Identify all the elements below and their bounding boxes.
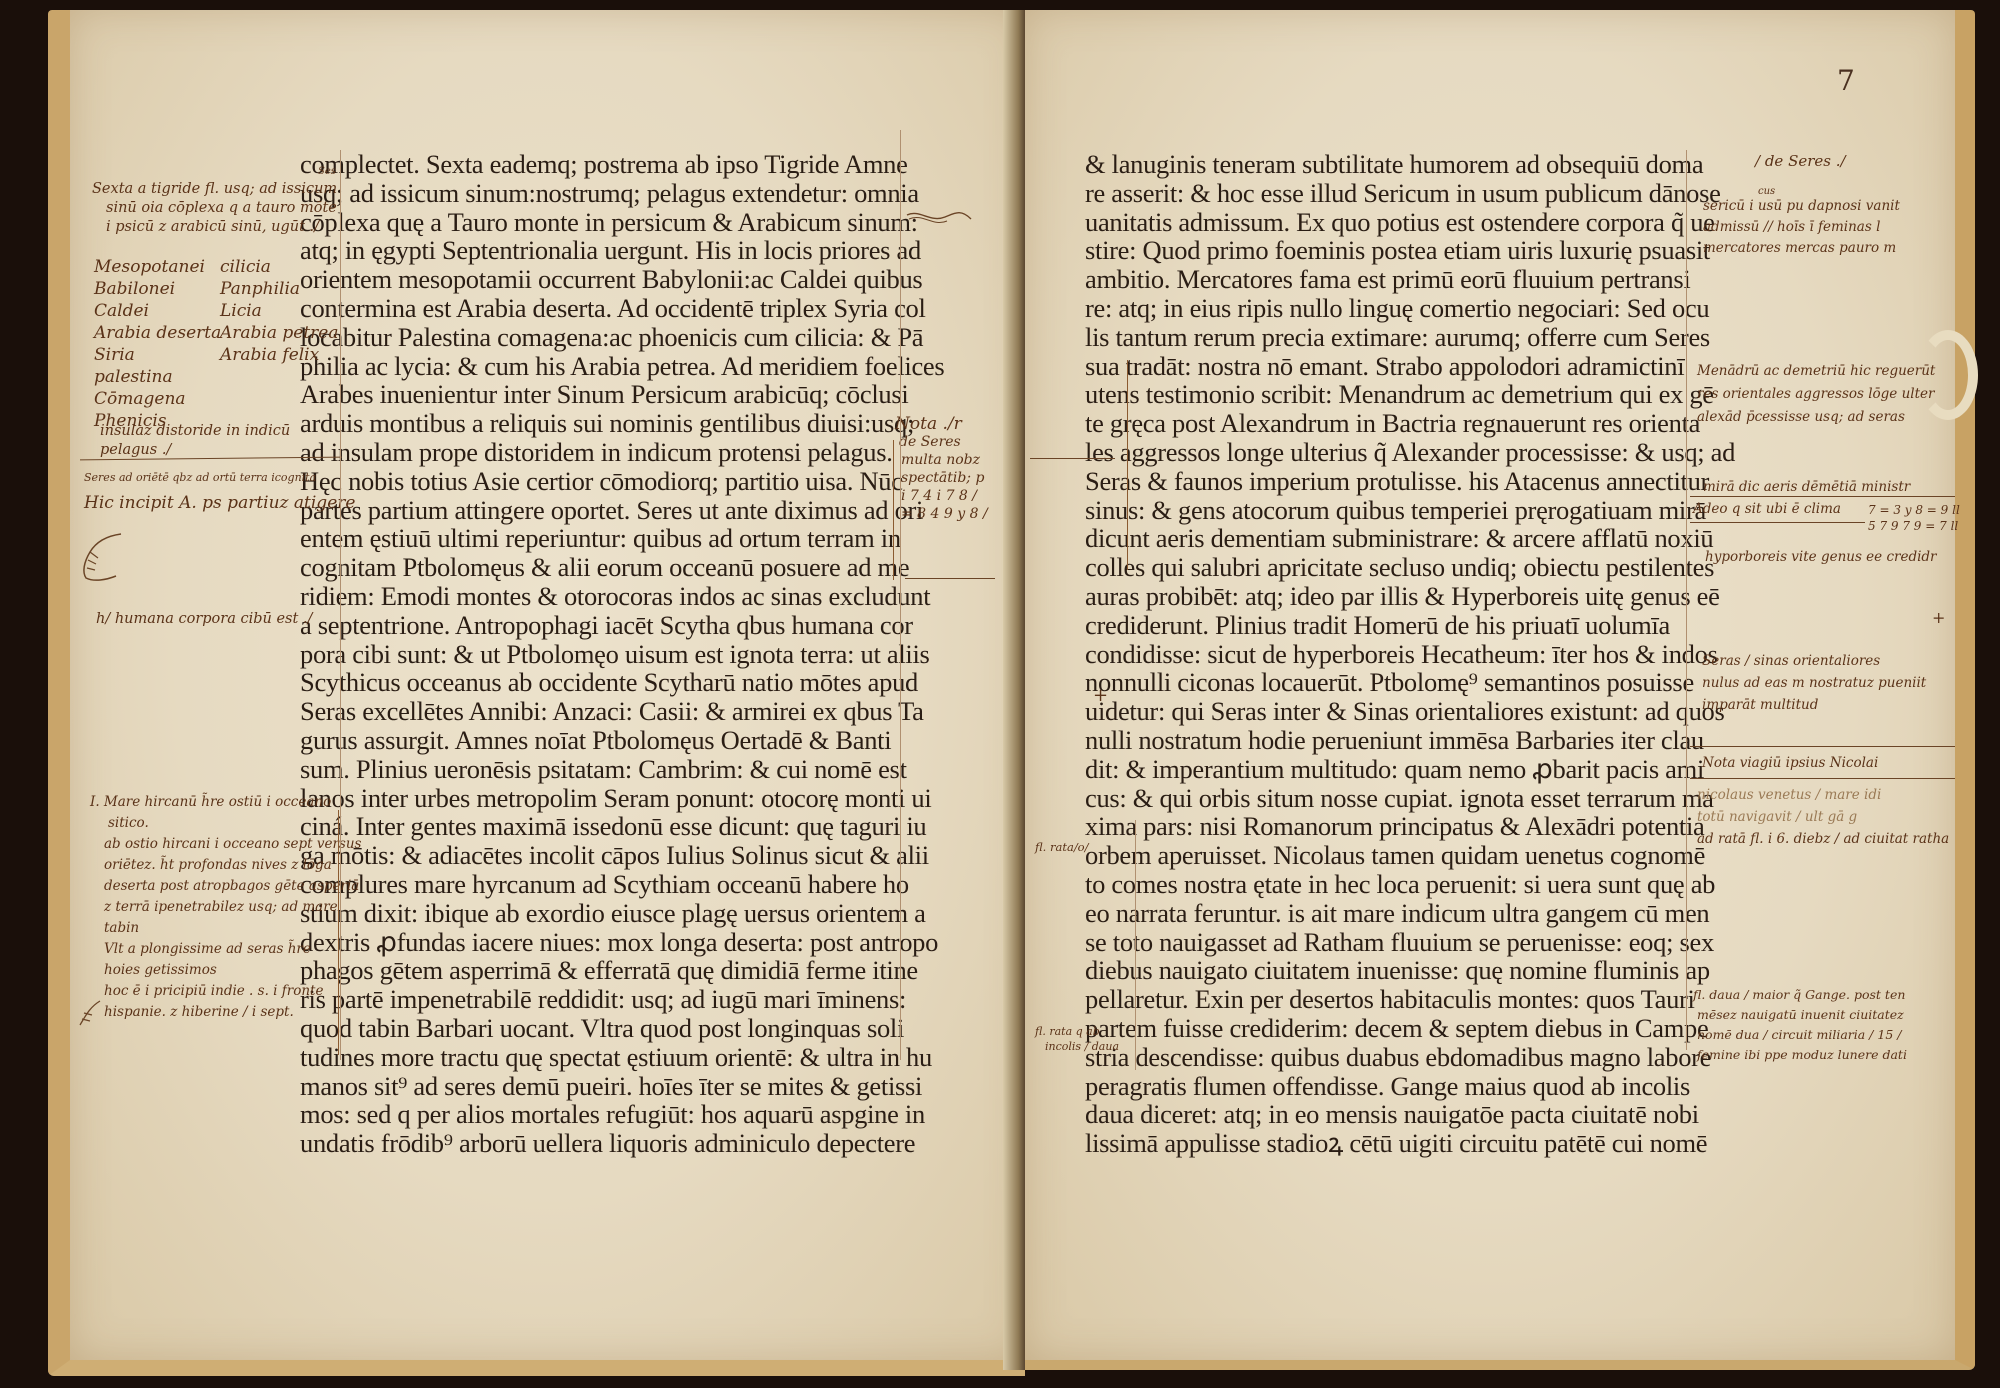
folio-number: 7 xyxy=(1837,64,1855,97)
printed-line: nulli nostratum hodie perueniunt immēsa … xyxy=(1085,726,1665,755)
printed-line: dextris ꝓfundas iacere niues: mox longa … xyxy=(300,928,900,957)
right-printed-text-block: & lanuginis teneram subtilitate humorem … xyxy=(1085,150,1665,1158)
margin-note-insula: insulaz distoride in indicū pelagus ./ xyxy=(100,422,290,460)
printed-line: cognitam Ptbolomęus & alii eorum occeanū… xyxy=(300,553,900,582)
printed-line: Seras excellētes Annibi: Anzaci: Casii: … xyxy=(300,697,900,726)
right-bracket-line xyxy=(1127,360,1128,570)
printed-line: Arabes inuenientur inter Sinum Persicum … xyxy=(300,380,900,409)
region-list-left: Mesopotanei Babilonei Caldei Arabia dese… xyxy=(94,256,221,432)
printed-line: auras probibēt: atq; ideo par illis & Hy… xyxy=(1085,582,1665,611)
printed-line: se toto nauigasset ad Ratham fluuium se … xyxy=(1085,928,1665,957)
margin-plus-mark: + xyxy=(1932,608,1945,627)
margin-note-sericum: sericū i usū pu dapnosi vanit admissū //… xyxy=(1703,196,1900,259)
printed-line: utens testimonio scribit: Menandrum ac d… xyxy=(1085,380,1665,409)
printed-line: mos: sed q per alios mortales refugiūt: … xyxy=(300,1100,900,1129)
printed-line: uanitatis admissum. Ex quo potius est os… xyxy=(1085,208,1665,237)
printed-line: partem fuisse crediderim: decem & septem… xyxy=(1085,1014,1665,1043)
printed-line: te gręca post Alexandrum in Bactria regn… xyxy=(1085,409,1665,438)
printed-line: partes partium attingere oportet. Seres … xyxy=(300,496,900,525)
printed-line: stire: Quod primo foeminis postea etiam … xyxy=(1085,236,1665,265)
printed-line: ambitio. Mercatores fama est primū eorū … xyxy=(1085,265,1665,294)
printed-line: lissimā appulisse stadioꝝ cētū uigiti ci… xyxy=(1085,1129,1665,1158)
printed-line: a septentrione. Antropophagi iacēt Scyth… xyxy=(300,611,900,640)
left-text-column-rule xyxy=(900,130,901,1060)
margin-note-incipit: Hic incipit A. ps partiuz atigere xyxy=(84,494,355,513)
left-printed-text-block: complectet. Sexta eademq; postrema ab ip… xyxy=(300,150,900,1158)
right-text-bracket xyxy=(1135,820,1136,1070)
printed-line: colles qui salubri apricitate secluso un… xyxy=(1085,553,1665,582)
gutter-note-rata: fl. rata/o/ xyxy=(1035,838,1089,857)
printed-line: pellaretur. Exin per desertos habitaculi… xyxy=(1085,985,1665,1014)
region-list-right: cilicia Panphilia Licia Arabia petrea Ar… xyxy=(220,256,339,366)
printed-line: peragratis flumen offendisse. Gange maiu… xyxy=(1085,1072,1665,1101)
printed-line: eo narrata feruntur. is ait mare indicum… xyxy=(1085,899,1665,928)
printed-line: tudines more tractu quę spectat ęstiuum … xyxy=(300,1043,900,1072)
squiggle-mark-icon xyxy=(905,205,975,231)
printed-line: ad insulam prope distoridem in indicum p… xyxy=(300,438,900,467)
printed-line: sua tradāt: nostra nō emant. Strabo appo… xyxy=(1085,352,1665,381)
printed-line: Seras & faunos imperium protulisse. his … xyxy=(1085,467,1665,496)
margin-note-nicolaus: nicolaus venetus / mare idi totū navigav… xyxy=(1697,784,1949,850)
printed-line: locabitur Palestina comagena:ac phoenici… xyxy=(300,323,900,352)
margin-note-sexta: Sexta a tigride fl. usq; ad issicum sinū… xyxy=(92,180,337,237)
printed-line: atq; in ęgypti Septentrionalia uergunt. … xyxy=(300,236,900,265)
nicolai-top-rule xyxy=(1690,746,1955,747)
left-text-inner-rule xyxy=(340,150,341,1060)
printed-line: lanos inter urbes metropolim Seram ponun… xyxy=(300,784,900,813)
gutter-rule xyxy=(1030,458,1115,459)
printed-line: orbem aperuisset. Nicolaus tamen quidam … xyxy=(1085,841,1665,870)
printed-line: stria descendisse: quibus duabus ebdomad… xyxy=(1085,1043,1665,1072)
printed-line: sum. Plinius ueronēsis psitatam: Cambrim… xyxy=(300,755,900,784)
printed-line: gurus assurgit. Amnes noīat Ptbolomęus O… xyxy=(300,726,900,755)
margin-note-humana: h/ humana corpora cibū est ./ xyxy=(96,610,312,629)
printed-line: stium dixit: ibique ab exordio eiusce pl… xyxy=(300,899,900,928)
adeo-bottom-rule xyxy=(1690,522,1865,523)
printed-line: diebus nauigato ciuitatem inuenisse: quę… xyxy=(1085,956,1665,985)
printed-line: cōplexa quę a Tauro monte in persicum & … xyxy=(300,208,900,237)
printed-line: arduis montibus a reliquis sui nominis g… xyxy=(300,409,900,438)
printed-line: cus: & qui orbis situm nosse cupiat. ign… xyxy=(1085,784,1665,813)
printed-line: Scythicus occeanus ab occidente Scytharū… xyxy=(300,668,900,697)
printed-line: orientem mesopotamii occurrent Babylonii… xyxy=(300,265,900,294)
printed-line: uidetur: qui Seras inter & Sinas orienta… xyxy=(1085,697,1665,726)
margin-note-mare-hyrcanum: I. Mare hircanū h̃re ostiū i occeano sit… xyxy=(90,792,361,1023)
margin-note-seras-sinas: Seras / sinas orientaliores nulus ad eas… xyxy=(1702,650,1926,716)
printed-line: dicunt aeris dementiam subministrare: & … xyxy=(1085,524,1665,553)
nota-bracket-line xyxy=(893,440,894,580)
printed-line: ris partē impenetrabilē reddidit: usq; a… xyxy=(300,985,900,1014)
printed-line: manos sit⁹ ad seres demū pueiri. hoīes ī… xyxy=(300,1072,900,1101)
printed-line: lis tantum rerum precia extimare: aurumq… xyxy=(1085,323,1665,352)
printed-line: re: atq; in eius ripis nullo linguę come… xyxy=(1085,294,1665,323)
right-text-column-rule xyxy=(1686,150,1687,1050)
printed-line: daua diceret: atq; in eo mensis nauigatō… xyxy=(1085,1100,1665,1129)
printed-line: philia ac lycia: & cum his Arabia petrea… xyxy=(300,352,900,381)
printed-line: entem ęstiuū ultimi reperiuntur: quibus … xyxy=(300,524,900,553)
printed-line: usq; ad issicum sinum:nostrumq; pelagus … xyxy=(300,179,900,208)
margin-note-daua: fl. daua / maior q̃ Gange. post ten mēse… xyxy=(1693,985,1907,1065)
margin-bracket-line xyxy=(338,810,339,1055)
margin-numbers: 7 = 3 y 8 = 9 ll 5 7 9 7 9 = 7 ll xyxy=(1868,502,1960,534)
printed-line: xima pars: nisi Romanorum principatus & … xyxy=(1085,812,1665,841)
margin-note-nota-seres: Nota ./r de Seres multa nobz spectātib; … xyxy=(895,415,988,523)
nota-underline-rule xyxy=(905,578,995,579)
nicolai-bottom-rule xyxy=(1690,778,1955,779)
adeo-top-rule xyxy=(1690,496,1955,497)
printed-line: complures mare hyrcanum ad Scythiam occe… xyxy=(300,870,900,899)
printed-line: condidisse: sicut de hyperboreis Hecathe… xyxy=(1085,640,1665,669)
printed-line: Hęc nobis totius Asie certior cōmodiorq;… xyxy=(300,467,900,496)
printed-line: quod tabin Barbari uocant. Vltra quod po… xyxy=(300,1014,900,1043)
margin-note-adeo: Adeo q sit ubi ē clima xyxy=(1693,500,1841,519)
margin-note-nota-nicolai: Nota viagiū ipsius Nicolai xyxy=(1702,754,1878,773)
printed-line: sinus: & gens atocorum quibus temperiei … xyxy=(1085,496,1665,525)
margin-superscript-ses: Ses xyxy=(318,162,336,181)
margin-note-de-seres: / de Seres ./ xyxy=(1755,152,1846,171)
printed-line: les aggressos longe ulterius q̃ Alexande… xyxy=(1085,438,1665,467)
printed-line: re asserit: & hoc esse illud Sericum in … xyxy=(1085,179,1665,208)
gutter-plus-mark: + xyxy=(1093,686,1108,705)
printed-line: ridiem: Emodi montes & otorocoras indos … xyxy=(300,582,900,611)
printed-line: nonnulli ciconas locauerūt. Ptbolomę⁹ se… xyxy=(1085,668,1665,697)
margin-note-menandrum: Menādrū ac demetriū hic reguerūt res ori… xyxy=(1697,360,1935,429)
gutter-note-rata-daua: fl. rata q ab incolis / daua xyxy=(1035,1024,1119,1054)
printed-line: dit: & imperantium multitudo: quam nemo … xyxy=(1085,755,1665,784)
margin-note-seres: Seres ad oriētē qbz ad ortū terra icogni… xyxy=(84,468,316,487)
printed-line: undatis frōdib⁹ arborū uellera liquoris … xyxy=(300,1129,900,1158)
margin-note-hyperboreis: hyporboreis vite genus ee credidr xyxy=(1705,548,1937,567)
small-manicule-icon xyxy=(76,995,106,1029)
printed-line: to comes nostra ętate in hec loca peruen… xyxy=(1085,870,1665,899)
printed-line: & lanuginis teneram subtilitate humorem … xyxy=(1085,150,1665,179)
printed-line: pora cibi sunt: & ut Ptbolomęo uisum est… xyxy=(300,640,900,669)
margin-note-mira: mirā dic aeris dēmētiā ministr xyxy=(1703,478,1910,497)
printed-line: contermina est Arabia deserta. Ad occide… xyxy=(300,294,900,323)
printed-line: ga mōtis: & adiacētes incolit cāpos Iuli… xyxy=(300,841,900,870)
printed-line: ciná. Inter gentes maximā issedonū esse … xyxy=(300,812,900,841)
printed-line: phagos gētem asperrimā & efferratā quę d… xyxy=(300,956,900,985)
manicule-pointing-hand-icon xyxy=(76,530,126,590)
printed-line: crediderunt. Plinius tradit Homerū de hi… xyxy=(1085,611,1665,640)
printed-line: complectet. Sexta eademq; postrema ab ip… xyxy=(300,150,900,179)
